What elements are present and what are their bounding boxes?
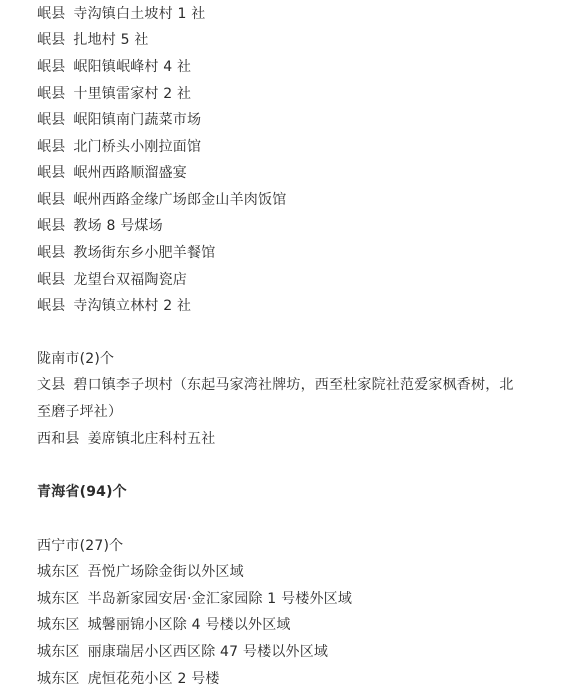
county-label: 岷县 — [37, 6, 65, 22]
place-label: 碧口镇李子坝村（东起马家湾社牌坊，西至杜家院社范爱家枫香树，北 — [73, 377, 513, 393]
county-label: 岷县 — [37, 272, 65, 288]
list-item: 城东区丽康瑞居小区西区除 47 号楼以外区域 — [37, 643, 328, 661]
place-label: 虎恒花苑小区 2 号楼 — [88, 671, 220, 687]
county-label: 岷县 — [37, 192, 65, 208]
list-item: 岷县岷阳镇岷峰村 4 社 — [37, 58, 191, 76]
list-item: 岷县教场街东乡小肥羊餐馆 — [37, 244, 215, 262]
list-item: 城东区虎恒花苑小区 2 号楼 — [37, 670, 220, 688]
place-label: 丽康瑞居小区西区除 47 号楼以外区域 — [88, 644, 329, 660]
place-label: 教场街东乡小肥羊餐馆 — [73, 245, 215, 261]
list-item: 城东区吾悦广场除金街以外区域 — [37, 563, 244, 581]
list-item: 城东区城馨丽锦小区除 4 号楼以外区域 — [37, 616, 291, 634]
city-heading: 西宁市(27)个 — [37, 537, 123, 555]
county-label: 西和县 — [37, 431, 80, 447]
list-item: 岷县岷州西路金缘广场郎金山羊肉饭馆 — [37, 191, 286, 209]
list-item: 岷县扎地村 5 社 — [37, 31, 149, 49]
list-item: 岷县寺沟镇立林村 2 社 — [37, 297, 191, 315]
county-label: 文县 — [37, 377, 65, 393]
place-label: 寺沟镇白土坡村 1 社 — [73, 6, 205, 22]
list-item: 岷县北门桥头小刚拉面馆 — [37, 138, 201, 156]
county-label: 岷县 — [37, 245, 65, 261]
list-item: 岷县十里镇雷家村 2 社 — [37, 85, 191, 103]
list-item: 岷县龙望台双福陶瓷店 — [37, 271, 187, 289]
list-item: 岷县岷阳镇南门蔬菜市场 — [37, 111, 201, 129]
county-label: 岷县 — [37, 32, 65, 48]
place-label: 北门桥头小刚拉面馆 — [73, 139, 201, 155]
county-label: 城东区 — [37, 617, 80, 633]
county-label: 城东区 — [37, 644, 80, 660]
county-label: 岷县 — [37, 112, 65, 128]
county-label: 岷县 — [37, 165, 65, 181]
list-item: 文县碧口镇李子坝村（东起马家湾社牌坊，西至杜家院社范爱家枫香树，北 — [37, 376, 514, 394]
place-label: 岷阳镇南门蔬菜市场 — [73, 112, 201, 128]
county-label: 城东区 — [37, 671, 80, 687]
province-heading: 青海省(94)个 — [37, 483, 127, 501]
place-label: 岷阳镇岷峰村 4 社 — [73, 59, 191, 75]
place-label: 城馨丽锦小区除 4 号楼以外区域 — [88, 617, 291, 633]
county-label: 岷县 — [37, 139, 65, 155]
city-heading: 陇南市(2)个 — [37, 350, 114, 368]
list-item: 岷县寺沟镇白土坡村 1 社 — [37, 5, 205, 23]
place-label: 姜席镇北庄科村五社 — [88, 431, 216, 447]
place-label: 教场 8 号煤场 — [73, 218, 162, 234]
place-label: 龙望台双福陶瓷店 — [73, 272, 187, 288]
place-label: 岷州西路金缘广场郎金山羊肉饭馆 — [73, 192, 286, 208]
place-label: 寺沟镇立林村 2 社 — [73, 298, 191, 314]
place-label: 半岛新家园安居·金汇家园除 1 号楼外区域 — [88, 591, 352, 607]
list-item: 岷县岷州西路顺溜盛宴 — [37, 164, 187, 182]
place-label: 岷州西路顺溜盛宴 — [73, 165, 187, 181]
place-label: 吾悦广场除金街以外区域 — [88, 564, 244, 580]
list-item: 岷县教场 8 号煤场 — [37, 217, 163, 235]
list-item: 城东区半岛新家园安居·金汇家园除 1 号楼外区域 — [37, 590, 352, 608]
place-label: 扎地村 5 社 — [73, 32, 148, 48]
county-label: 城东区 — [37, 564, 80, 580]
list-item-continuation: 至磨子坪社） — [37, 403, 122, 421]
place-label: 十里镇雷家村 2 社 — [73, 86, 191, 102]
county-label: 岷县 — [37, 298, 65, 314]
county-label: 岷县 — [37, 218, 65, 234]
county-label: 城东区 — [37, 591, 80, 607]
county-label: 岷县 — [37, 86, 65, 102]
list-item: 西和县姜席镇北庄科村五社 — [37, 430, 215, 448]
county-label: 岷县 — [37, 59, 65, 75]
